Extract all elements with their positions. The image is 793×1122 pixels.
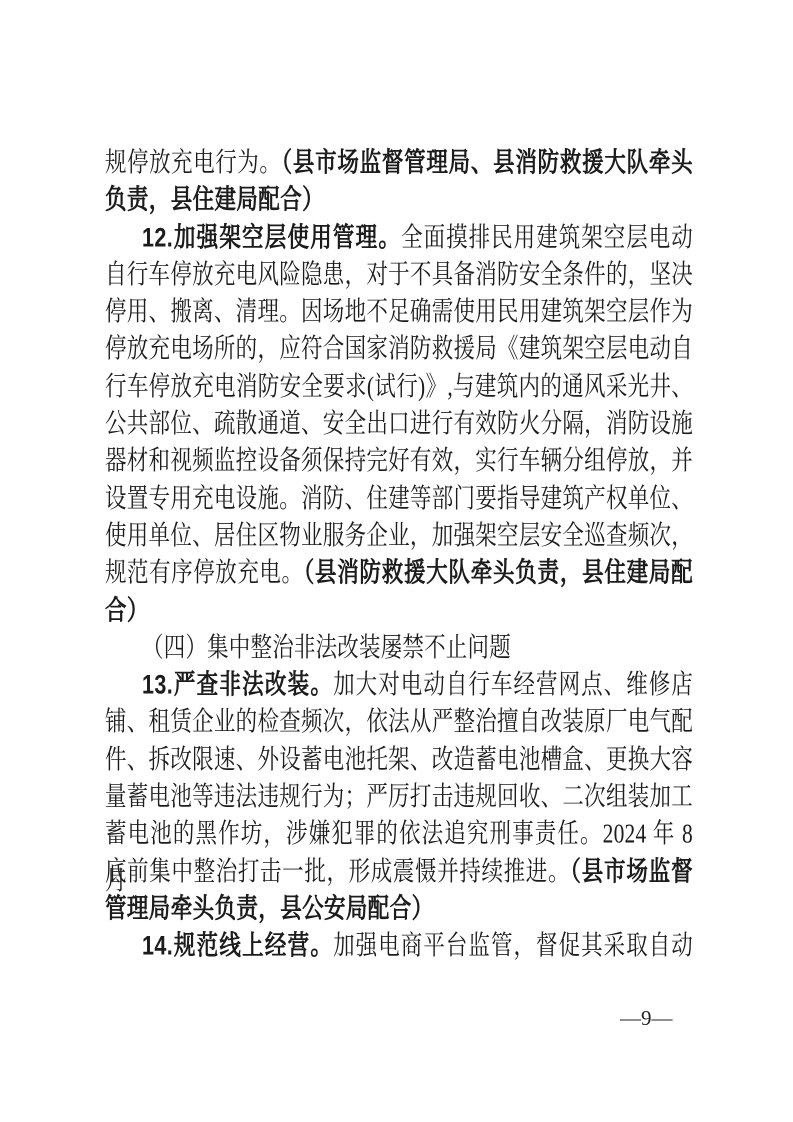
text-segment: 停放充电场所的，应符合国家消防救援局《建筑架空层电动自	[105, 334, 693, 364]
text-line: 14.规范线上经营。加强电商平台监管，督促其采取自动	[105, 923, 693, 970]
bold-text-segment: （县消防救援大队牵头负责，县住建局配	[304, 558, 694, 588]
text-segment: 器材和视频监控设备须保持完好有效，实行车辆分组停放，并	[105, 446, 693, 476]
text-segment: 自行车停放充电风险隐患，对于不具备消防安全条件的，坚决	[105, 260, 693, 290]
document-body: 规停放充电行为。（县市场监督管理局、县消防救援大队牵头负责，县住建局配合）12.…	[105, 145, 693, 966]
bold-text-segment: 负责，县住建局配合）	[105, 185, 324, 215]
bold-text-segment: 14.规范线上经营。	[142, 931, 333, 961]
text-segment: 加大对电动自行车经营网点、维修店	[333, 670, 693, 700]
text-segment: 底前集中整治打击一批，形成震慑并持续推进。	[105, 856, 570, 886]
bold-text-segment: 13.严查非法改装。	[142, 670, 333, 700]
page-number: —9—	[620, 1003, 673, 1033]
text-segment: 行车停放充电消防安全要求(试行)》,与建筑内的通风采光井、	[105, 371, 693, 401]
text-segment: 停用、搬离、清理。因场地不足确需使用民用建筑架空层作为	[105, 297, 693, 327]
text-segment: 铺、租赁企业的检查频次，依法从严整治擅自改装原厂电气配	[105, 707, 693, 737]
text-segment: 量蓄电池等违法违规行为；严厉打击违规回收、二次组装加工	[105, 782, 693, 812]
text-segment: （四）集中整治非法改装屡禁不止问题	[142, 633, 511, 663]
bold-text-segment: （县市场监督管理局、县消防救援大队牵头	[281, 148, 693, 178]
text-segment: 公共部位、疏散通道、安全出口进行有效防火分隔，消防设施	[105, 409, 693, 439]
bold-text-segment: 12.加强架空层使用管理。	[142, 222, 401, 252]
bold-text-segment: 管理局牵头负责，县公安局配合）	[105, 894, 434, 924]
document-page: 规停放充电行为。（县市场监督管理局、县消防救援大队牵头负责，县住建局配合）12.…	[0, 0, 793, 1122]
bold-text-segment: （县市场监督	[570, 856, 693, 886]
text-segment: 规停放充电行为。	[105, 148, 281, 178]
text-segment: 规范有序停放充电。	[105, 558, 304, 588]
text-segment: 加强电商平台监管，督促其采取自动	[333, 931, 693, 961]
text-segment: 使用单位、居住区物业服务企业，加强架空层安全巡查频次，	[105, 521, 693, 551]
text-segment: 全面摸排民用建筑架空层电动	[401, 222, 693, 252]
bold-text-segment: 合）	[105, 595, 149, 625]
text-segment: 设置专用充电设施。消防、住建等部门要指导建筑产权单位、	[105, 483, 693, 513]
text-segment: 件、拆改限速、外设蓄电池托架、改造蓄电池槽盒、更换大容	[105, 744, 693, 774]
